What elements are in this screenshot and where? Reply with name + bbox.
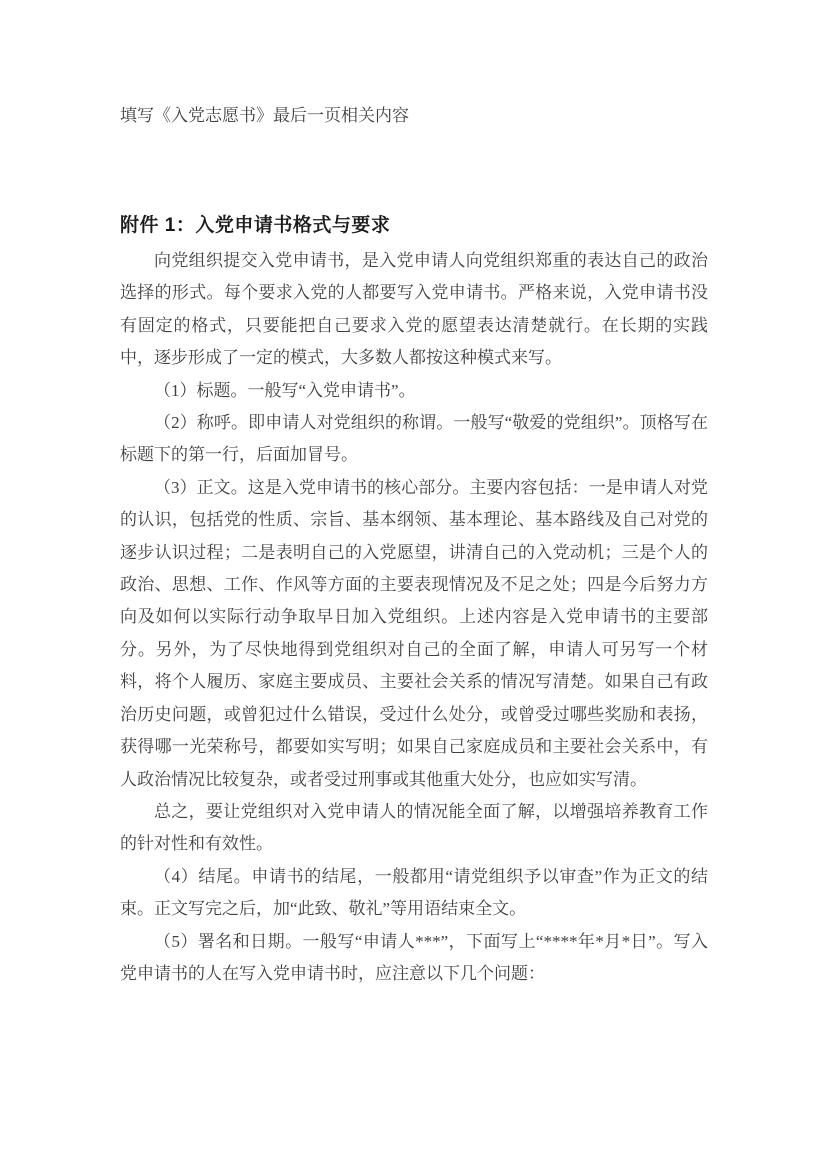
body-paragraph: （3）正文。这是入党申请书的核心部分。主要内容包括：一是申请人对党的认识，包括党… xyxy=(120,472,708,796)
body-paragraph: （1）标题。一般写“入党申请书”。 xyxy=(120,375,708,407)
body-paragraph: 向党组织提交入党申请书，是入党申请人向党组织郑重的表达自己的政治选择的形式。每个… xyxy=(120,245,708,375)
document-content: 填写《入党志愿书》最后一页相关内容 附件 1：入党申请书格式与要求 向党组织提交… xyxy=(120,0,708,990)
document-page: 填写《入党志愿书》最后一页相关内容 附件 1：入党申请书格式与要求 向党组织提交… xyxy=(0,0,826,1169)
attachment-heading: 附件 1：入党申请书格式与要求 xyxy=(120,209,708,242)
body-paragraph: （2）称呼。即申请人对党组织的称谓。一般写“敬爱的党组织”。顶格写在标题下的第一… xyxy=(120,407,708,472)
body-paragraph: （5）署名和日期。一般写“申请人***”，下面写上“****年*月*日”。写入党… xyxy=(120,926,708,991)
intro-line: 填写《入党志愿书》最后一页相关内容 xyxy=(120,100,708,132)
body-paragraph: 总之，要让党组织对入党申请人的情况能全面了解，以增强培养教育工作的针对性和有效性… xyxy=(120,796,708,861)
body-paragraph: （4）结尾。申请书的结尾，一般都用“请党组织予以审查”作为正文的结束。正文写完之… xyxy=(120,861,708,926)
